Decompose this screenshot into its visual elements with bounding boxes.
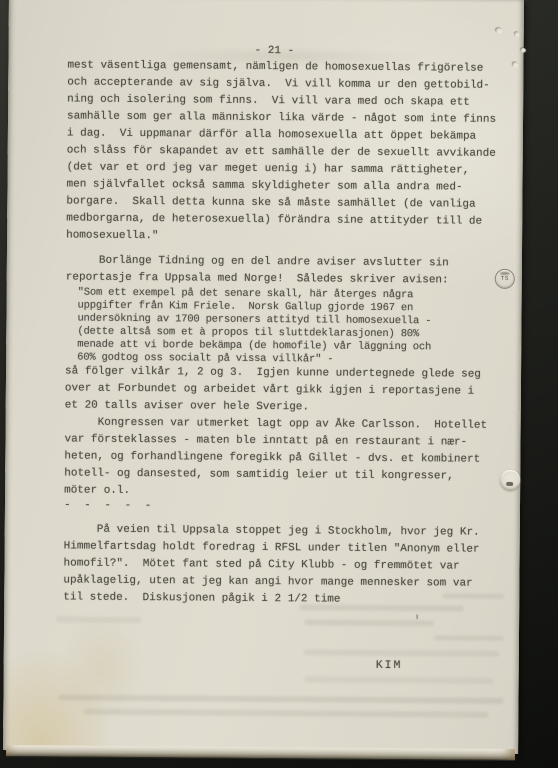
paper-speck <box>515 32 519 36</box>
bleed-through-smudge <box>442 593 504 598</box>
paragraph-vilkar: så fölger vilkår 1, 2 og 3. Igjen kunne … <box>65 363 505 417</box>
paragraph-borlange-tidning: Borlänge Tidning og en del andre aviser … <box>66 252 506 289</box>
bleed-through-smudge <box>434 635 504 641</box>
ts-embossed-stamp: TS <box>495 269 515 289</box>
paper-speck <box>496 28 502 33</box>
underlying-pages-edge <box>6 745 515 761</box>
photo-backdrop: - 21 - mest väsentliga gemensamt, nämlig… <box>0 0 558 768</box>
bleed-through-smudge <box>304 649 499 657</box>
document-page: - 21 - mest väsentliga gemensamt, nämlig… <box>3 0 524 754</box>
bleed-through-smudge <box>56 616 141 623</box>
page-number: - 21 - <box>255 43 295 60</box>
bleed-through-smudge <box>304 676 494 683</box>
paragraph-declaration: mest väsentliga gemensamt, nämligen de h… <box>66 57 507 247</box>
separator-dashes: - - - - - <box>64 497 155 515</box>
bleed-through-smudge <box>304 619 434 626</box>
bleed-through-smudge <box>58 694 503 703</box>
ring-mark <box>500 470 520 490</box>
bleed-through-smudge <box>83 709 488 718</box>
ink-comma-mark <box>416 614 418 619</box>
signature-kim: KIM <box>376 657 403 674</box>
quote-kim-friele-gallup: "Som ett exempel på det senare skall, hä… <box>77 287 478 368</box>
paper-speck <box>521 48 526 52</box>
paper-speck <box>512 62 517 67</box>
paragraph-stockholm: På veien til Uppsala stoppet jeg i Stock… <box>63 521 504 609</box>
bleed-through-smudge <box>299 604 464 611</box>
paragraph-kongressen: Kongressen var utmerket lagt opp av Åke … <box>64 414 505 502</box>
